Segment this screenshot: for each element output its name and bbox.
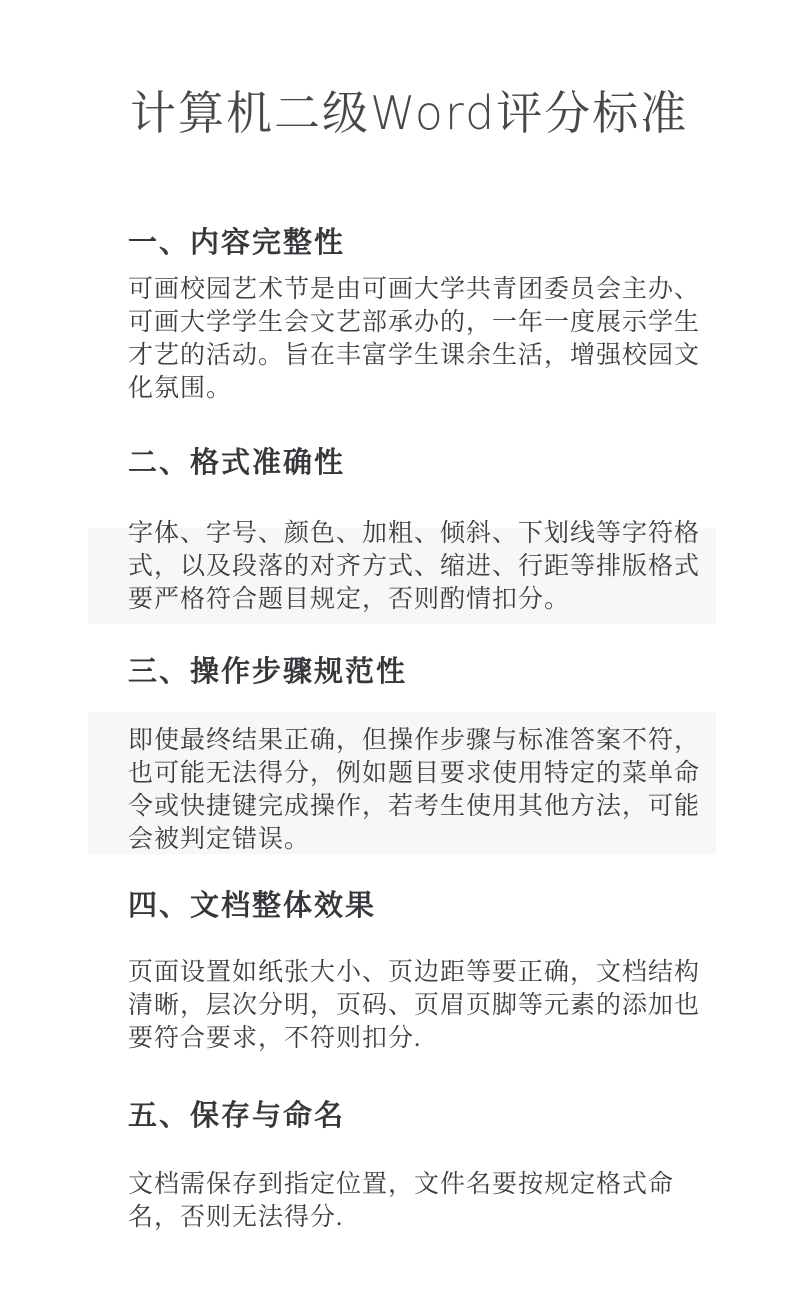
- section-heading: 二、格式准确性: [128, 445, 740, 481]
- section-body: 可画校园艺术节是由可画大学共青团委员会主办、 可画大学学生会文艺部承办的，一年一…: [128, 273, 748, 405]
- section-heading: 三、操作步骤规范性: [128, 654, 740, 690]
- section-heading: 五、保存与命名: [128, 1098, 740, 1134]
- document-content: 计算机二级Word评分标准 一、内容完整性 可画校园艺术节是由可画大学共青团委员…: [0, 85, 800, 1234]
- section-body: 文档需保存到指定位置，文件名要按规定格式命 名，否则无法得分.: [128, 1168, 748, 1234]
- section-overall-effect: 四、文档整体效果 页面设置如纸张大小、页边距等要正确，文档结构 清晰，层次分明，…: [128, 888, 740, 1055]
- section-body: 字体、字号、颜色、加粗、倾斜、下划线等字符格 式，以及段落的对齐方式、缩进、行距…: [128, 517, 748, 616]
- section-operation-steps: 三、操作步骤规范性 即使最终结果正确，但操作步骤与标准答案不符， 也可能无法得分…: [128, 654, 740, 856]
- section-format-accuracy: 二、格式准确性 字体、字号、颜色、加粗、倾斜、下划线等字符格 式，以及段落的对齐…: [128, 445, 740, 616]
- section-heading: 一、内容完整性: [128, 225, 740, 261]
- section-content-completeness: 一、内容完整性 可画校园艺术节是由可画大学共青团委员会主办、 可画大学学生会文艺…: [128, 225, 740, 405]
- page-title: 计算机二级Word评分标准: [130, 85, 740, 141]
- section-heading: 四、文档整体效果: [128, 888, 740, 924]
- section-body: 页面设置如纸张大小、页边距等要正确，文档结构 清晰，层次分明，页码、页眉页脚等元…: [128, 956, 748, 1055]
- document-page: 计算机二级Word评分标准 一、内容完整性 可画校园艺术节是由可画大学共青团委员…: [0, 0, 800, 1310]
- section-save-and-naming: 五、保存与命名 文档需保存到指定位置，文件名要按规定格式命 名，否则无法得分.: [128, 1098, 740, 1234]
- section-body: 即使最终结果正确，但操作步骤与标准答案不符， 也可能无法得分，例如题目要求使用特…: [128, 724, 748, 856]
